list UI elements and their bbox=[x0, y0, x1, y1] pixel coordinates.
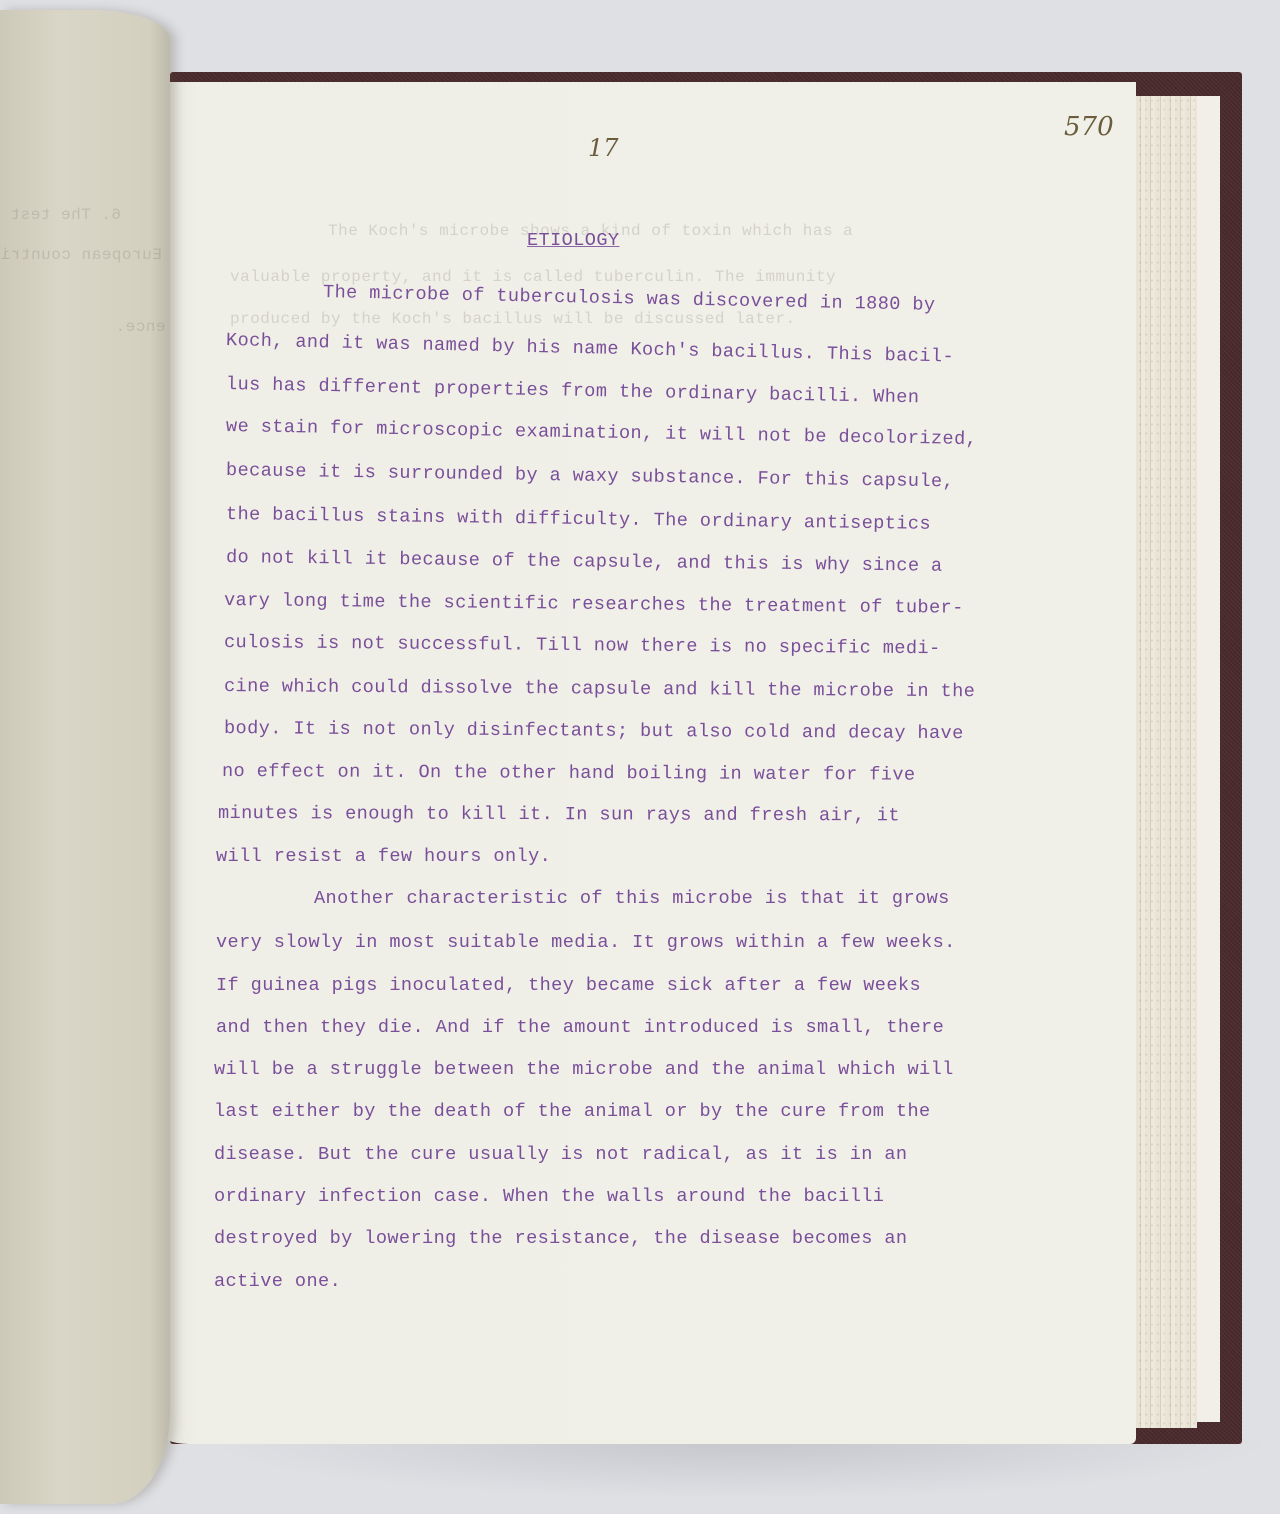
text-line: the bacillus stains with difficulty. The… bbox=[226, 504, 931, 535]
handwritten-page-number: 17 bbox=[588, 134, 619, 162]
handwritten-folio-number: 570 bbox=[1064, 112, 1114, 142]
text-line: If guinea pigs inoculated, they became s… bbox=[216, 975, 921, 996]
table-shadow bbox=[200, 1440, 1280, 1500]
show-through-line: ence. bbox=[115, 318, 166, 336]
text-line: and then they die. And if the amount int… bbox=[216, 1017, 944, 1038]
text-line: culosis is not successful. Till now ther… bbox=[224, 632, 941, 659]
text-line: we stain for microscopic examination, it… bbox=[226, 416, 978, 450]
show-through-line: produced by the Koch's bacillus will be … bbox=[230, 310, 796, 328]
text-line: minutes is enough to kill it. In sun ray… bbox=[218, 803, 900, 826]
text-line: no effect on it. On the other hand boili… bbox=[222, 761, 916, 786]
text-line: active one. bbox=[214, 1271, 341, 1292]
text-line: last either by the death of the animal o… bbox=[214, 1101, 931, 1122]
text-line: ordinary infection case. When the walls … bbox=[214, 1186, 884, 1207]
show-through-line: 6. The test bbox=[10, 206, 121, 224]
heading: ETIOLOGY bbox=[527, 230, 619, 251]
text-line: cine which could dissolve the capsule an… bbox=[224, 676, 975, 702]
text-line: destroyed by lowering the resistance, th… bbox=[214, 1228, 907, 1249]
text-line: vary long time the scientific researches… bbox=[224, 590, 964, 619]
text-line: body. It is not only disinfectants; but … bbox=[224, 718, 964, 744]
text-line: will resist a few hours only. bbox=[216, 846, 551, 867]
left-page: 6. The test European countries ence. bbox=[0, 10, 170, 1504]
text-line: because it is surrounded by a waxy subst… bbox=[226, 460, 954, 492]
text-line: very slowly in most suitable media. It g… bbox=[216, 932, 956, 953]
show-through-line: valuable property, and it is called tube… bbox=[230, 268, 836, 286]
text-line: Koch, and it was named by his name Koch'… bbox=[226, 330, 954, 368]
text-line: lus has different properties from the or… bbox=[226, 374, 920, 408]
text-line: disease. But the cure usually is not rad… bbox=[214, 1144, 907, 1165]
show-through-line: European countries bbox=[0, 246, 162, 264]
text-line: Another characteristic of this microbe i… bbox=[314, 888, 950, 909]
text-line: do not kill it because of the capsule, a… bbox=[226, 547, 943, 577]
right-page: The Koch's microbe shows a kind of toxin… bbox=[158, 82, 1136, 1444]
text-line: will be a struggle between the microbe a… bbox=[214, 1059, 954, 1080]
